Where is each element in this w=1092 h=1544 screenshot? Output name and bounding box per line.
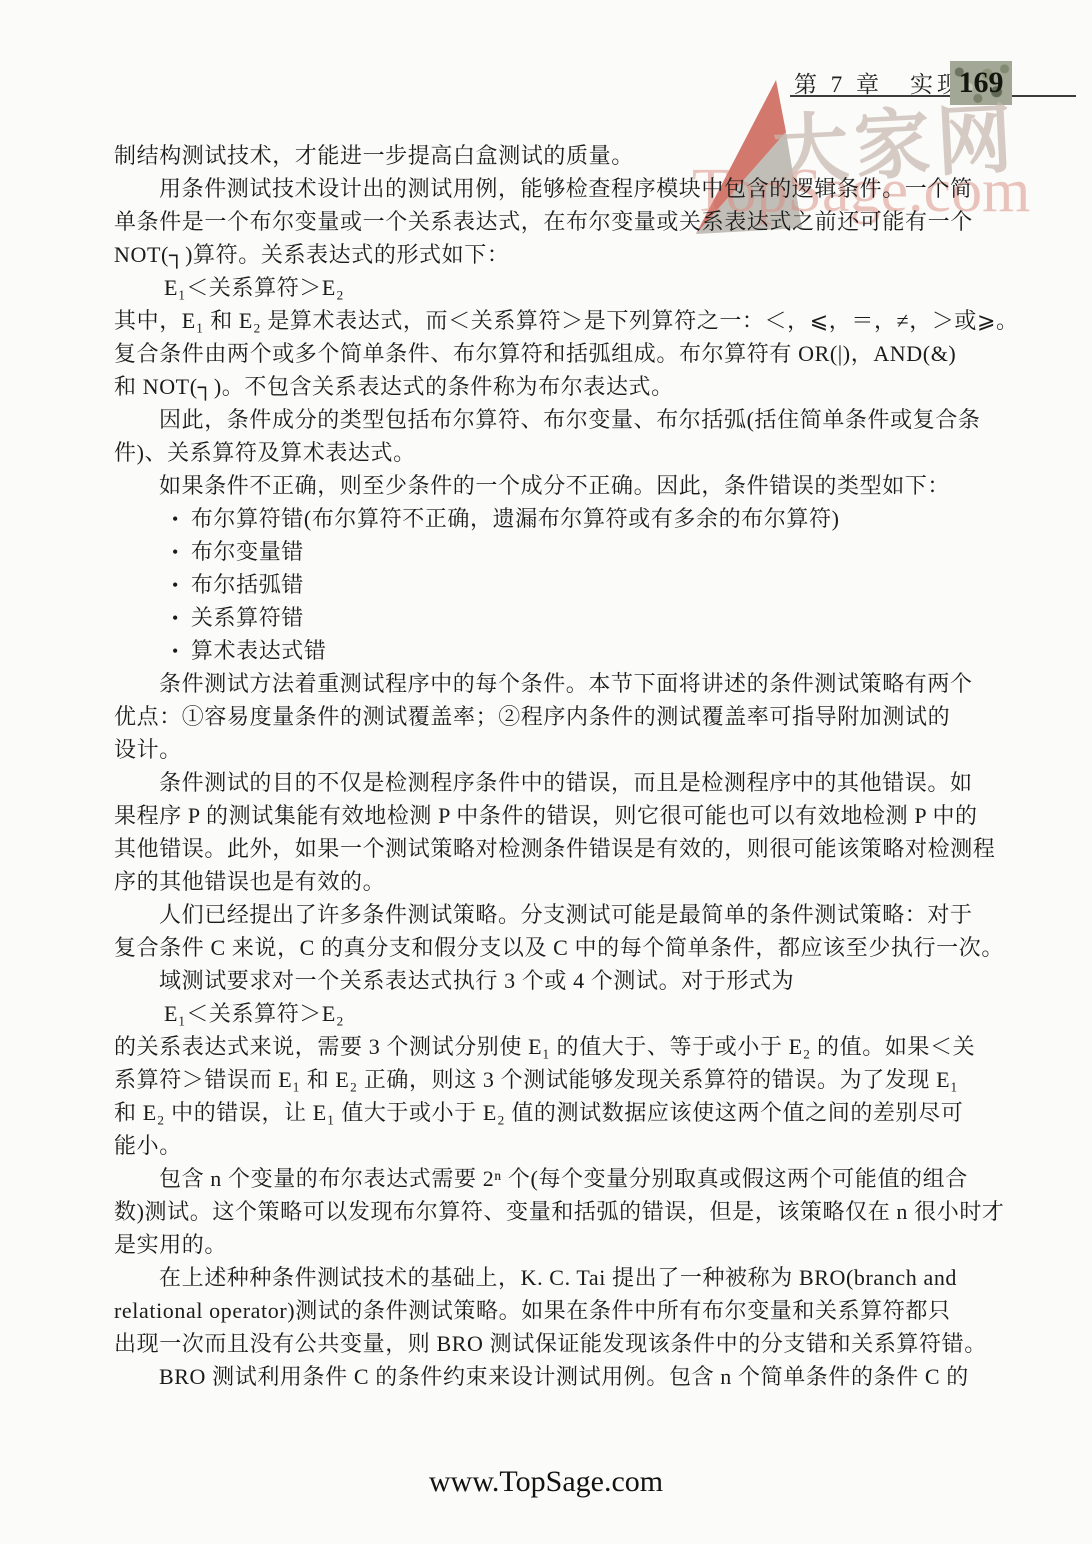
text-line: 其中，E₁ 和 E₂ 是算术表达式，而＜关系算符＞是下列算符之一：＜，⩽，＝，≠… xyxy=(114,304,974,337)
text-line: 件)、关系算符及算术表达式。 xyxy=(114,436,974,469)
bullet-marker: • xyxy=(172,575,191,595)
text-line: 优点：①容易度量条件的测试覆盖率；②程序内条件的测试覆盖率可指导附加测试的 xyxy=(114,700,974,733)
text-line: E₁＜关系算符＞E₂ xyxy=(114,997,974,1030)
text-line: 包含 n 个变量的布尔表达式需要 2ⁿ 个(每个变量分别取真或假这两个可能值的组… xyxy=(114,1162,974,1195)
text-line: relational operator)测试的条件测试策略。如果在条件中所有布尔… xyxy=(114,1294,974,1327)
text-line: 用条件测试技术设计出的测试用例，能够检查程序模块中包含的逻辑条件。一个简 xyxy=(114,172,974,205)
bullet-marker: • xyxy=(172,542,191,562)
text-line: 域测试要求对一个关系表达式执行 3 个或 4 个测试。对于形式为 xyxy=(114,964,974,997)
text-line: 条件测试的目的不仅是检测程序条件中的错误，而且是检测程序中的其他错误。如 xyxy=(114,766,974,799)
text-line: 数)测试。这个策略可以发现布尔算符、变量和括弧的错误，但是，该策略仅在 n 很小… xyxy=(114,1195,974,1228)
text-line: 序的其他错误也是有效的。 xyxy=(114,865,974,898)
text-line: E₁＜关系算符＞E₂ xyxy=(114,271,974,304)
text-line: 人们已经提出了许多条件测试策略。分支测试可能是最简单的条件测试策略：对于 xyxy=(114,898,974,931)
text-line: •布尔算符错(布尔算符不正确，遗漏布尔算符或有多余的布尔算符) xyxy=(114,502,974,535)
book-page: 第 7 章 实现 169 大家网 TopSage.com 制结构测试技术，才能进… xyxy=(0,0,1092,1544)
text-line: 如果条件不正确，则至少条件的一个成分不正确。因此，条件错误的类型如下： xyxy=(114,469,974,502)
bullet-marker: • xyxy=(172,641,191,661)
text-line: 和 NOT(┐)。不包含关系表达式的条件称为布尔表达式。 xyxy=(114,370,974,403)
text-line: •算术表达式错 xyxy=(114,634,974,667)
text-line: 能小。 xyxy=(114,1129,974,1162)
text-line: •布尔括弧错 xyxy=(114,568,974,601)
text-line: 在上述种种条件测试技术的基础上，K. C. Tai 提出了一种被称为 BRO(b… xyxy=(114,1261,974,1294)
text-line: 复合条件 C 来说，C 的真分支和假分支以及 C 中的每个简单条件，都应该至少执… xyxy=(114,931,974,964)
text-line: 单条件是一个布尔变量或一个关系表达式，在布尔变量或关系表达式之前还可能有一个 xyxy=(114,205,974,238)
page-footer: www.TopSage.com xyxy=(0,1465,1092,1499)
text-line: 出现一次而且没有公共变量，则 BRO 测试保证能发现该条件中的分支错和关系算符错… xyxy=(114,1327,974,1360)
header-rule xyxy=(790,95,1076,97)
text-line: 因此，条件成分的类型包括布尔算符、布尔变量、布尔括弧(括住简单条件或复合条 xyxy=(114,403,974,436)
footer-url: www.TopSage.com xyxy=(429,1465,663,1498)
bullet-marker: • xyxy=(172,608,191,628)
text-line: 其他错误。此外，如果一个测试策略对检测条件错误是有效的，则很可能该策略对检测程 xyxy=(114,832,974,865)
text-line: 条件测试方法着重测试程序中的每个条件。本节下面将讲述的条件测试策略有两个 xyxy=(114,667,974,700)
text-line: 的关系表达式来说，需要 3 个测试分别使 E₁ 的值大于、等于或小于 E₂ 的值… xyxy=(114,1030,974,1063)
text-line: 系算符＞错误而 E₁ 和 E₂ 正确，则这 3 个测试能够发现关系算符的错误。为… xyxy=(114,1063,974,1096)
body-text: 制结构测试技术，才能进一步提高白盒测试的质量。用条件测试技术设计出的测试用例，能… xyxy=(114,139,974,1393)
text-line: 和 E₂ 中的错误，让 E₁ 值大于或小于 E₂ 值的测试数据应该使这两个值之间… xyxy=(114,1096,974,1129)
text-line: 是实用的。 xyxy=(114,1228,974,1261)
text-line: 制结构测试技术，才能进一步提高白盒测试的质量。 xyxy=(114,139,974,172)
text-line: BRO 测试利用条件 C 的条件约束来设计测试用例。包含 n 个简单条件的条件 … xyxy=(114,1360,974,1393)
page-number-badge: 169 xyxy=(950,61,1012,105)
bullet-marker: • xyxy=(172,509,191,529)
text-line: •关系算符错 xyxy=(114,601,974,634)
text-line: 设计。 xyxy=(114,733,974,766)
text-line: NOT(┐)算符。关系表达式的形式如下： xyxy=(114,238,974,271)
text-line: •布尔变量错 xyxy=(114,535,974,568)
text-line: 果程序 P 的测试集能有效地检测 P 中条件的错误，则它很可能也可以有效地检测 … xyxy=(114,799,974,832)
text-line: 复合条件由两个或多个简单条件、布尔算符和括弧组成。布尔算符有 OR(|)，AND… xyxy=(114,337,974,370)
